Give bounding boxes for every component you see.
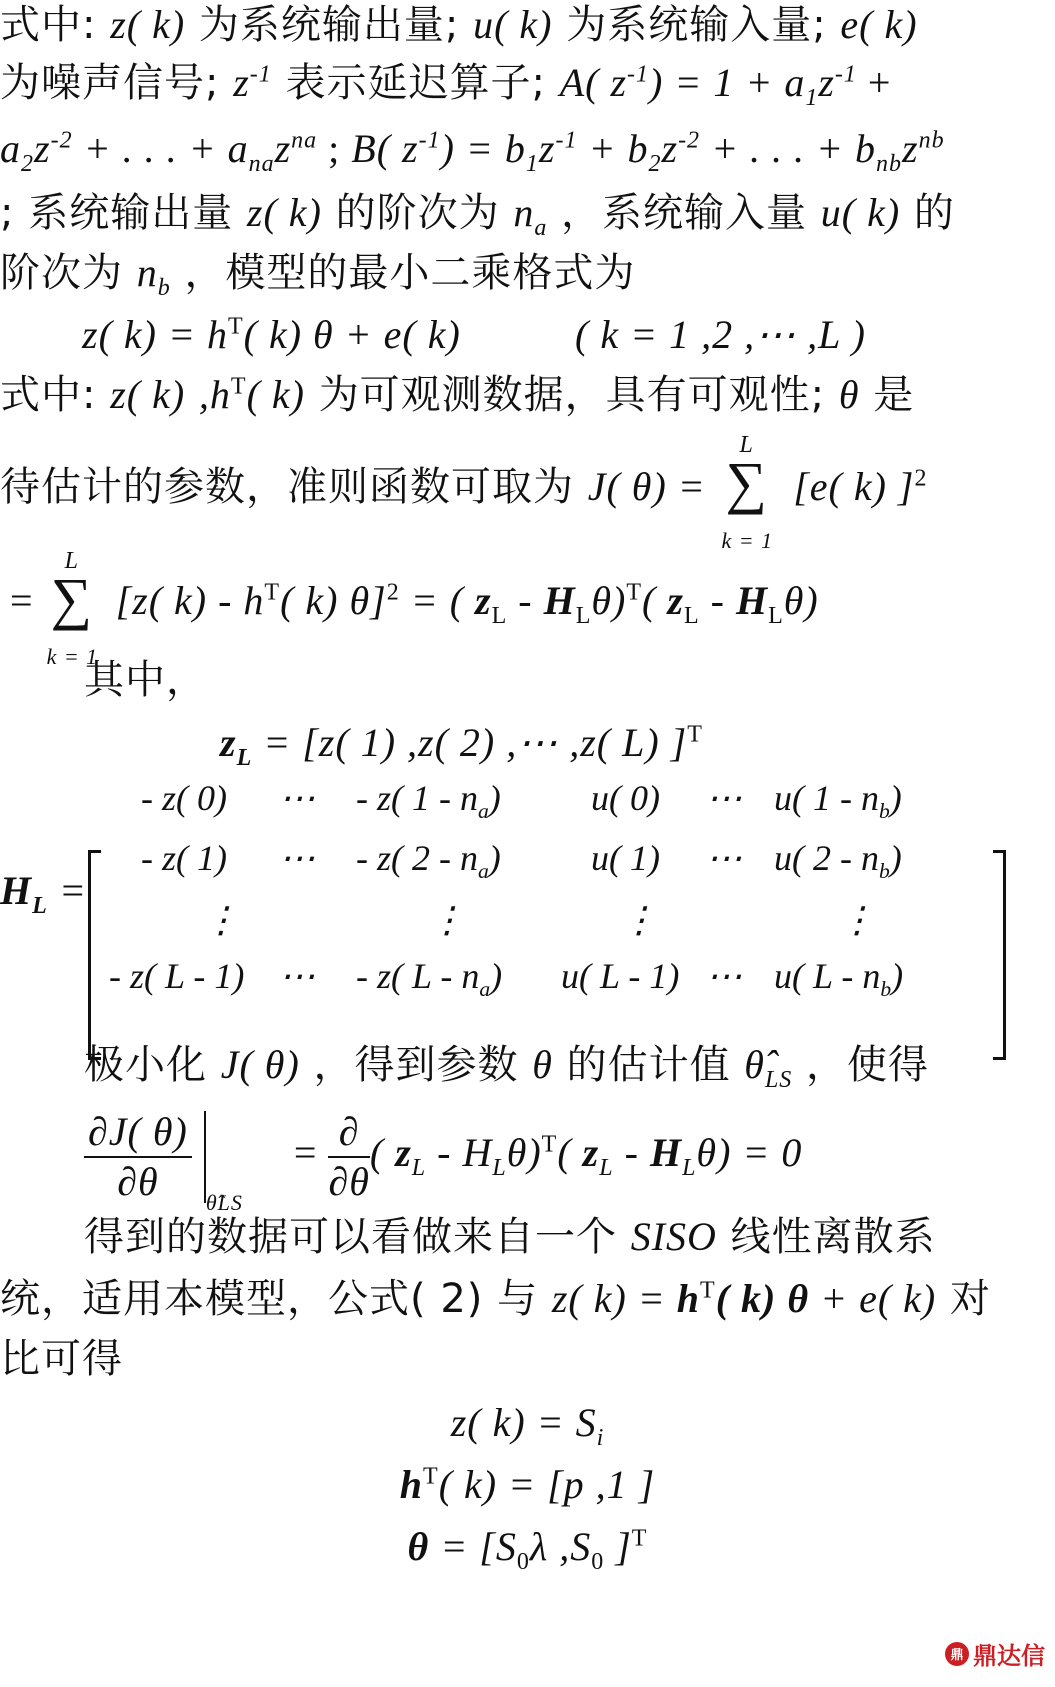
text: 线性离散系 bbox=[731, 1214, 936, 1260]
math-model-equation: z( k) = hT( k) θ + e( k) bbox=[552, 1276, 936, 1321]
matrix-cell: u( 2 - nb) bbox=[774, 836, 902, 880]
text: ，系统输入量 bbox=[561, 190, 807, 236]
math-theta: θ bbox=[532, 1042, 553, 1087]
equation-derivative: ∂J( θ)∂θθ̂LS = ∂∂θ( zL - HLθ)T( zL - HLθ… bbox=[84, 1098, 802, 1208]
equation-index-range: ( k = 1 ,2 ,⋯ ,L ) bbox=[575, 310, 866, 360]
math-uk: u( k) bbox=[473, 2, 552, 47]
text: 极小化 bbox=[84, 1042, 207, 1088]
matrix-HL: - z( 0) ⋯ - z( 1 - na) u( 0) ⋯ u( 1 - nb… bbox=[88, 850, 1006, 1060]
text: 为系统输入量; bbox=[566, 2, 826, 48]
math-uk: u( k) bbox=[821, 190, 900, 235]
equation-zL-definition: zL = [z( 1) ,z( 2) ,⋯ ,z( L) ]T bbox=[220, 718, 703, 768]
text: 对 bbox=[950, 1276, 991, 1322]
matrix-cell: ⋯ bbox=[279, 776, 315, 820]
text: 得到的数据可以看做来自一个 bbox=[84, 1214, 617, 1260]
text: 的阶次为 bbox=[336, 190, 500, 236]
math-z-inverse: z-1 bbox=[233, 60, 272, 105]
text: 为噪声信号; bbox=[0, 60, 219, 106]
matrix-cell: - z( L - 1) bbox=[109, 954, 244, 998]
math-A-polynomial: A( z-1) = 1 + a1z-1 + bbox=[560, 60, 892, 105]
text: 阶次为 bbox=[0, 250, 123, 296]
text-qizhong: 其中， bbox=[84, 655, 207, 705]
math-SISO: SISO bbox=[631, 1214, 717, 1259]
matrix-cell: ⋯ bbox=[706, 836, 742, 880]
summation-symbol: ∑Lk = 1 bbox=[45, 580, 105, 630]
text: ; 系统输出量 bbox=[0, 190, 233, 236]
fraction: ∂J( θ)∂θ bbox=[84, 1108, 192, 1206]
para2-line2: 待估计的参数，准则函数可取为 J( θ) = ∑Lk = 1 [e( k) ]2 bbox=[0, 462, 927, 514]
summation-symbol: ∑Lk = 1 bbox=[719, 464, 779, 514]
matrix-cell: - z( L - na) bbox=[356, 954, 502, 998]
text: 的估计值 bbox=[567, 1042, 731, 1088]
matrix-cell: - z( 1) bbox=[141, 836, 227, 880]
text: 式中: bbox=[0, 2, 96, 48]
math-J-theta: J( θ) = bbox=[588, 464, 706, 509]
watermark-logo: 鼎 鼎达信 bbox=[945, 1636, 1045, 1671]
matrix-HL-label: HL = bbox=[0, 866, 85, 916]
equation-zk-Si: z( k) = Si bbox=[0, 1398, 1055, 1448]
matrix-vdots: ⋮ bbox=[429, 898, 465, 942]
text: ，使得 bbox=[806, 1042, 929, 1088]
text: 为可观测数据，具有可观性; bbox=[319, 372, 825, 418]
math-J-theta: J( θ) bbox=[221, 1042, 300, 1087]
math-theta: θ bbox=[839, 372, 860, 417]
math-zk: z( k) bbox=[247, 190, 322, 235]
math-zk: z( k) bbox=[110, 372, 185, 417]
equation-least-squares-form: z( k) = hT( k) θ + e( k) bbox=[82, 310, 461, 360]
matrix-vdots: ⋮ bbox=[203, 898, 239, 942]
matrix-cell: u( L - nb) bbox=[774, 954, 903, 998]
matrix-cell: ⋯ bbox=[706, 954, 742, 998]
matrix-vdots: ⋮ bbox=[621, 898, 657, 942]
para3-line1: 极小化 J( θ) ，得到参数 θ 的估计值 θ̂LS ，使得 bbox=[84, 1040, 929, 1090]
watermark-text: 鼎达信 bbox=[973, 1636, 1045, 1671]
matrix-cell: u( 1) bbox=[591, 836, 660, 880]
para2-line1: 式中: z( k) ,hT( k) 为可观测数据，具有可观性; θ 是 bbox=[0, 370, 914, 420]
para1-line4: ; 系统输出量 z( k) 的阶次为 na ，系统输入量 u( k) 的 bbox=[0, 188, 955, 238]
text: 式中: bbox=[0, 372, 96, 418]
text: 是 bbox=[873, 372, 914, 418]
para4-line1: 得到的数据可以看做来自一个 SISO 线性离散系 bbox=[84, 1212, 936, 1262]
equation-theta: θ = [S0λ ,S0 ]T bbox=[0, 1522, 1055, 1572]
para1-line1: 式中: z( k) 为系统输出量; u( k) 为系统输入量; e( k) bbox=[0, 0, 918, 50]
math-zk: z( k) bbox=[110, 2, 185, 47]
para1-line2: 为噪声信号; z-1 表示延迟算子; A( z-1) = 1 + a1z-1 + bbox=[0, 58, 891, 108]
matrix-cell: u( 0) bbox=[591, 776, 660, 820]
para1-line3: a2z-2 + . . . + anazna ; B( z-1) = b1z-1… bbox=[0, 124, 945, 174]
text: 的 bbox=[914, 190, 955, 236]
math-na: na bbox=[513, 190, 547, 235]
text: ，模型的最小二乘格式为 bbox=[184, 250, 635, 296]
matrix-cell: ⋯ bbox=[279, 836, 315, 880]
text: 为系统输出量; bbox=[199, 2, 459, 48]
math-A-B-polynomial: a2z-2 + . . . + anazna ; B( z-1) = b1z-1… bbox=[0, 126, 945, 171]
math-nb: nb bbox=[137, 250, 171, 295]
logo-icon: 鼎 bbox=[945, 1642, 969, 1666]
matrix-cell: - z( 2 - na) bbox=[356, 836, 501, 880]
math-error-squared: [e( k) ]2 bbox=[793, 464, 927, 509]
matrix-cell: u( L - 1) bbox=[561, 954, 679, 998]
math-ek: e( k) bbox=[840, 2, 917, 47]
text: ，得到参数 bbox=[313, 1042, 518, 1088]
fraction: ∂∂θ bbox=[328, 1108, 369, 1206]
para4-line2: 统，适用本模型，公式( 2) 与 z( k) = hT( k) θ + e( k… bbox=[0, 1274, 991, 1324]
para4-line3: 比可得 bbox=[0, 1334, 123, 1384]
equation-criterion-expanded: = ∑Lk = 1 [z( k) - hT( k) θ]2 = ( zL - H… bbox=[10, 576, 819, 630]
matrix-cell: - z( 1 - na) bbox=[356, 776, 501, 820]
matrix-cell: ⋯ bbox=[706, 776, 742, 820]
text: 统，适用本模型，公式( 2) 与 bbox=[0, 1276, 538, 1322]
text: 表示延迟算子; bbox=[286, 60, 546, 106]
matrix-vdots: ⋮ bbox=[839, 898, 875, 942]
matrix-cell: u( 1 - nb) bbox=[774, 776, 902, 820]
matrix-cell: ⋯ bbox=[279, 954, 315, 998]
text: 待估计的参数，准则函数可取为 bbox=[0, 464, 574, 510]
matrix-cell: - z( 0) bbox=[141, 776, 227, 820]
math-hT: ,hT( k) bbox=[199, 372, 305, 417]
para1-line5: 阶次为 nb ，模型的最小二乘格式为 bbox=[0, 248, 635, 298]
math-theta-hat-LS: θ̂LS bbox=[744, 1042, 792, 1087]
equation-hT: hT( k) = [p ,1 ] bbox=[0, 1460, 1055, 1510]
